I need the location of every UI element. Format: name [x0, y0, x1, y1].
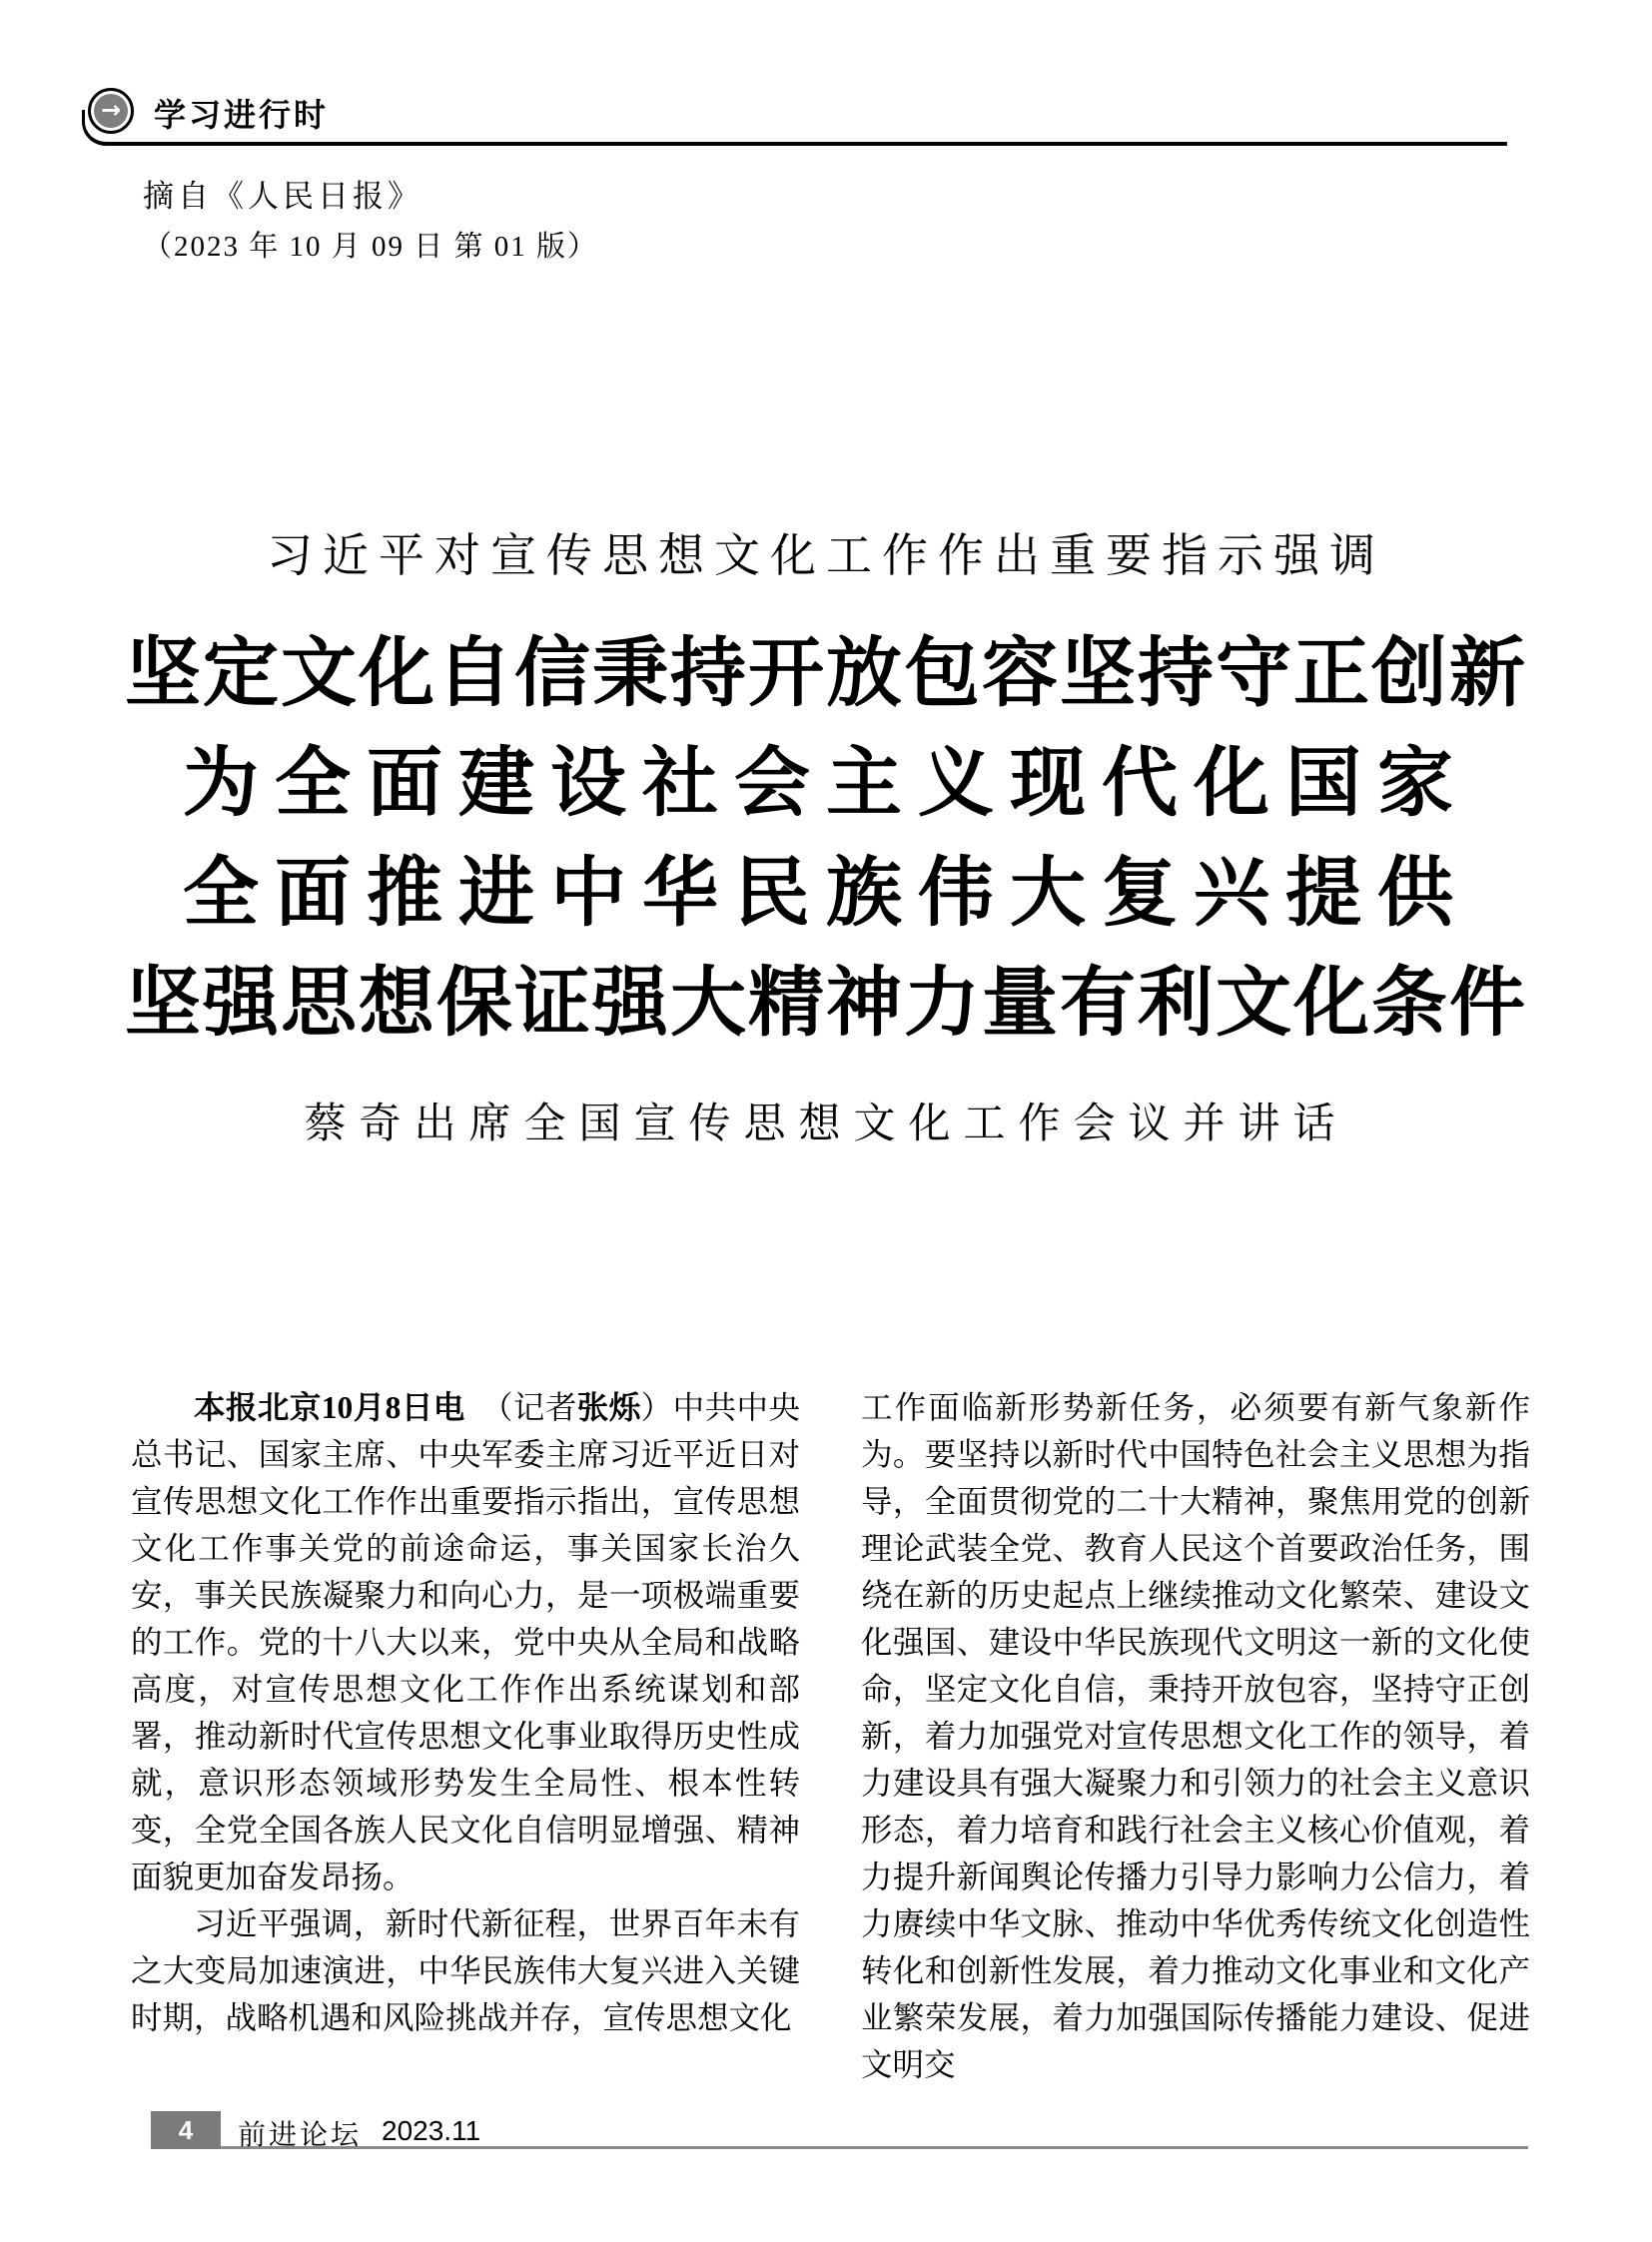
article-kicker: 习近平对宣传思想文化工作作出重要指示强调	[0, 519, 1652, 585]
reporter-name: 张烁	[577, 1390, 641, 1425]
paragraph: 本报北京10月8日电 （记者张烁）中共中央总书记、国家主席、中央军委主席习近平近…	[131, 1384, 800, 1900]
byline-pre: （记者	[465, 1390, 577, 1425]
article-subheadline: 蔡奇出席全国宣传思想文化工作会议并讲话	[0, 1091, 1652, 1150]
issue-number: 2023.11	[382, 2115, 480, 2147]
byline-post: ）	[641, 1390, 673, 1425]
source-date-edition: （2023 年 10 月 09 日 第 01 版）	[143, 222, 598, 272]
body-column-right: 工作面临新形势新任务，必须要有新气象新作为。要坚持以新时代中国特色社会主义思想为…	[861, 1384, 1530, 2088]
headline-line: 坚定文化自信秉持开放包容坚持守正创新	[0, 619, 1652, 729]
magazine-page: → 学习进行时 摘自《人民日报》 （2023 年 10 月 09 日 第 01 …	[0, 0, 1652, 2242]
headline-line: 坚强思想保证强大精神力量有利文化条件	[0, 949, 1652, 1059]
headline-line: 全面推进中华民族伟大复兴提供	[0, 839, 1652, 949]
paragraph-text: 习近平强调，新时代新征程，世界百年未有之大变局加速演进，中华民族伟大复兴进入关键…	[131, 1906, 800, 2035]
source-publication: 摘自《人民日报》	[143, 172, 598, 222]
paragraph-text: 工作面临新形势新任务，必须要有新气象新作为。要坚持以新时代中国特色社会主义思想为…	[861, 1390, 1530, 2082]
headline-line: 为全面建设社会主义现代化国家	[0, 729, 1652, 839]
paragraph: 工作面临新形势新任务，必须要有新气象新作为。要坚持以新时代中国特色社会主义思想为…	[861, 1384, 1530, 2088]
column-header-label: 学习进行时	[154, 90, 329, 136]
body-column-left: 本报北京10月8日电 （记者张烁）中共中央总书记、国家主席、中央军委主席习近平近…	[131, 1384, 800, 2041]
dateline: 本报北京10月8日电	[194, 1390, 465, 1425]
article-headline: 坚定文化自信秉持开放包容坚持守正创新 为全面建设社会主义现代化国家 全面推进中华…	[0, 619, 1652, 1059]
page-number-badge: 4	[151, 2111, 221, 2149]
arrow-glyph: →	[101, 98, 121, 122]
paragraph: 习近平强调，新时代新征程，世界百年未有之大变局加速演进，中华民族伟大复兴进入关键…	[131, 1900, 800, 2041]
arrow-circle-fill: →	[94, 94, 128, 128]
arrow-right-circle-icon: →	[88, 88, 134, 134]
source-attribution: 摘自《人民日报》 （2023 年 10 月 09 日 第 01 版）	[143, 172, 598, 272]
journal-title: 前进论坛	[238, 2113, 362, 2153]
paragraph-text: 中共中央总书记、国家主席、中央军委主席习近平近日对宣传思想文化工作作出重要指示指…	[131, 1390, 800, 1894]
